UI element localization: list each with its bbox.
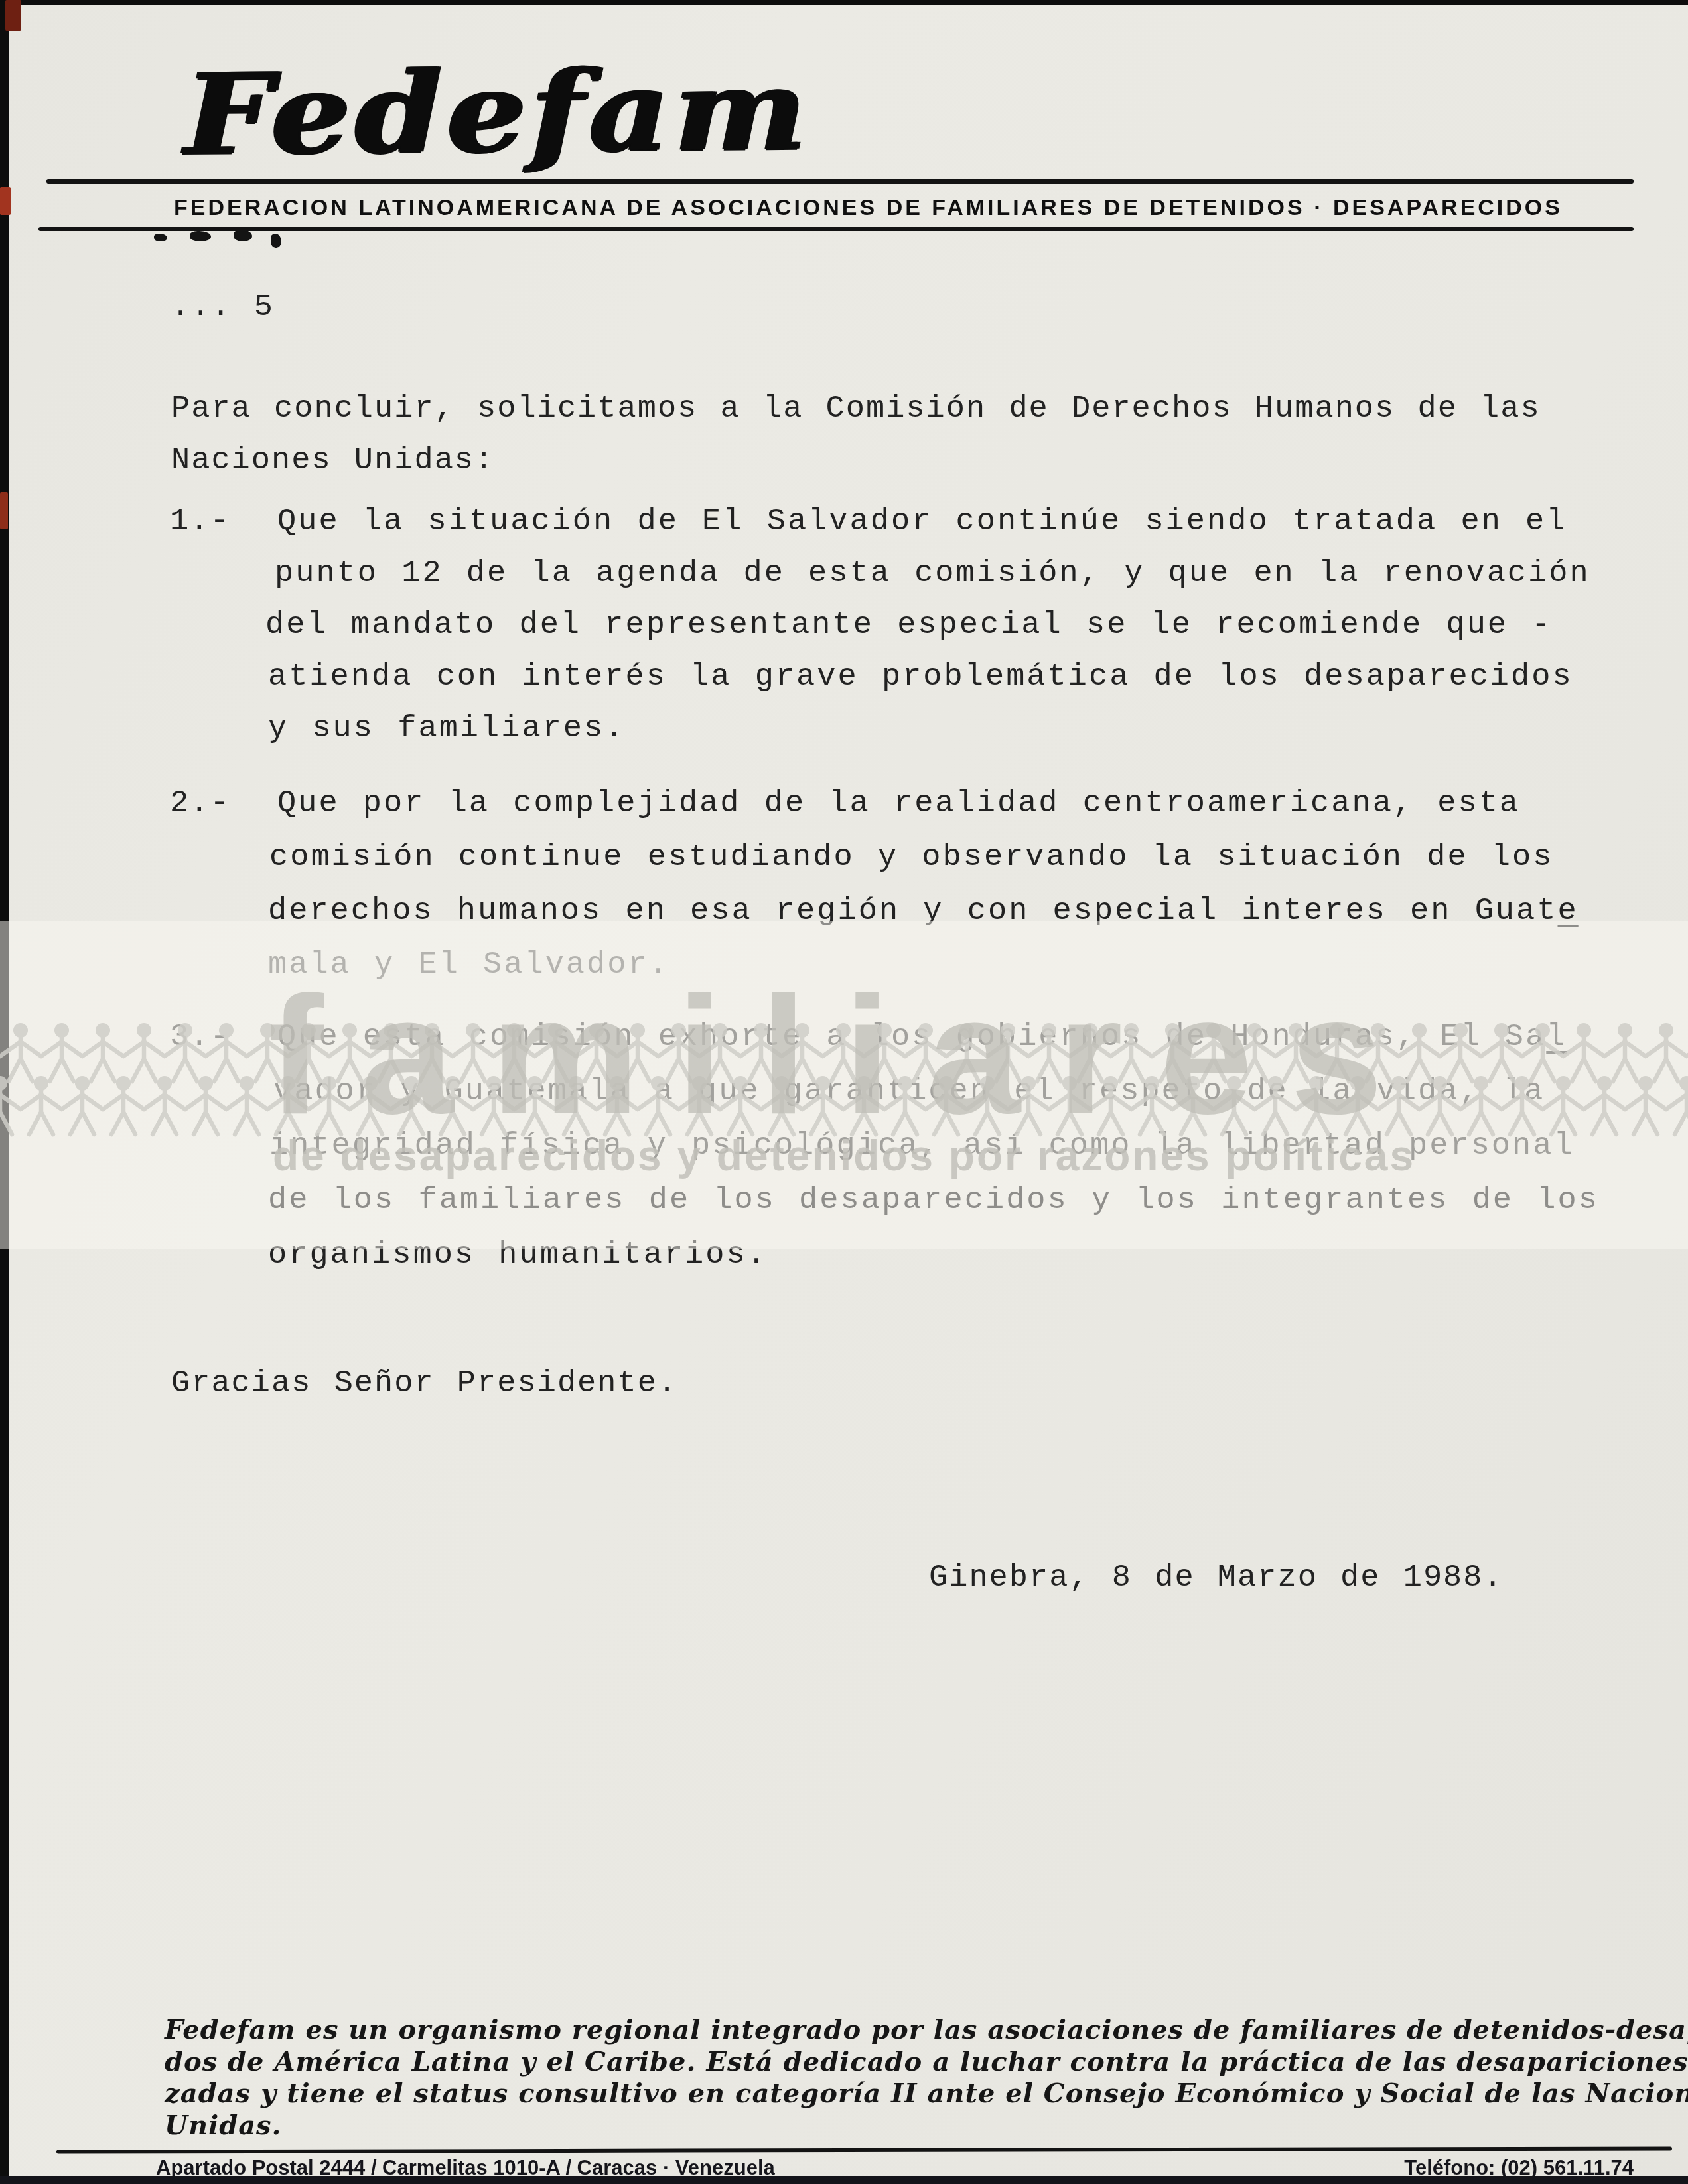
item-line: de los familiares de los desaparecidos y… <box>268 1185 1599 1216</box>
item-line: vador y Guatemala a que garanticen el re… <box>273 1076 1545 1107</box>
footer-about-line: dos de América Latina y el Caribe. Está … <box>165 2049 1591 2075</box>
page-number: ... 5 <box>171 292 274 323</box>
watermark-word: familiares <box>0 973 1688 1140</box>
scan-border-top <box>0 0 1688 5</box>
fedefam-logo: Fedefam <box>184 54 811 170</box>
item-line: mala y El Salvador. <box>268 949 669 981</box>
red-ink-artifact <box>0 187 11 215</box>
ink-blob <box>234 230 252 241</box>
item-line: integridad física y psicológica, así com… <box>269 1130 1575 1162</box>
organization-name: FEDERACION LATINOAMERICANA DE ASOCIACION… <box>174 195 1501 221</box>
item-line: comisión continue estudiando y observand… <box>269 842 1553 873</box>
footer-about-line: zadas y tiene el status consultivo en ca… <box>165 2081 1591 2107</box>
red-ink-artifact <box>5 0 21 31</box>
underlined-syllable: l <box>1546 1020 1567 1055</box>
item-line-text: derechos humanos en esa región y con esp… <box>268 894 1557 929</box>
item-line: Que por la complejidad de la realidad ce… <box>277 788 1520 819</box>
item-line: derechos humanos en esa región y con esp… <box>268 896 1579 927</box>
item-number: 1.- <box>170 506 230 537</box>
scan-border-left <box>0 0 9 2184</box>
red-ink-artifact <box>0 492 8 529</box>
closing-line: Gracias Señor Presidente. <box>171 1368 677 1399</box>
footer-rule <box>56 2146 1672 2153</box>
item-number: 2.- <box>170 788 230 819</box>
item-line: del mandato del representante especial s… <box>265 610 1552 641</box>
ink-blob <box>154 234 167 241</box>
item-line-text: Que esta comisión exhorte a los gobierno… <box>277 1020 1546 1055</box>
item-line: Que la situación de El Salvador continúe… <box>277 506 1567 537</box>
intro-line: Naciones Unidas: <box>171 445 494 476</box>
item-line: Que esta comisión exhorte a los gobierno… <box>277 1022 1567 1053</box>
underlined-syllable: e <box>1557 894 1578 929</box>
footer-about-line: Unidas. <box>165 2112 1591 2139</box>
footer-about-line: Fedefam es un organismo regional integra… <box>165 2017 1591 2043</box>
header-rule-bottom <box>38 227 1634 231</box>
item-line: organismos humanitarios. <box>268 1239 768 1270</box>
intro-line: Para concluir, solicitamos a la Comisión… <box>171 393 1541 425</box>
item-line: atienda con interés la grave problemátic… <box>268 661 1573 693</box>
scan-border-bottom <box>0 2176 1688 2184</box>
scanned-document-page: Fedefam FEDERACION LATINOAMERICANA DE AS… <box>0 0 1688 2184</box>
header-rule-top <box>46 179 1634 184</box>
item-number: 3.- <box>170 1022 230 1053</box>
dateline: Ginebra, 8 de Marzo de 1988. <box>929 1562 1504 1594</box>
item-line: y sus familiares. <box>268 713 625 744</box>
item-line: punto 12 de la agenda de esta comisión, … <box>275 558 1590 589</box>
ink-blob <box>190 231 211 241</box>
ink-blob <box>271 234 281 248</box>
